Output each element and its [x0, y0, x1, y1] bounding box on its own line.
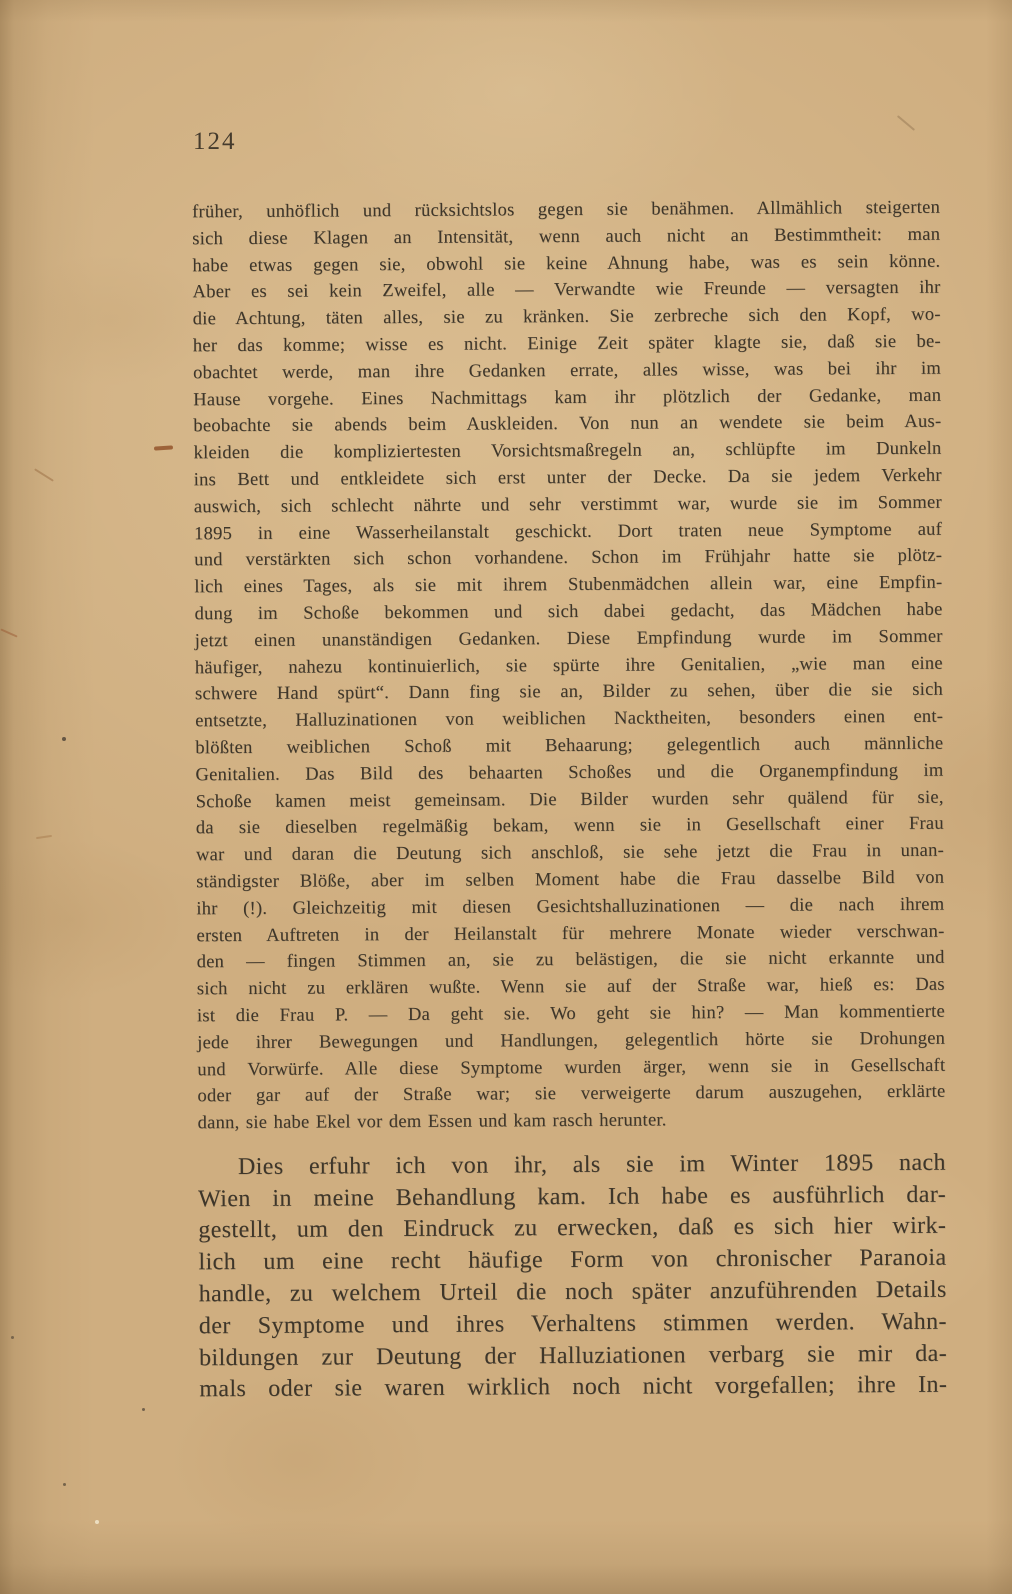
- text-line: Dies erfuhr ich von ihr, als sie im Wint…: [198, 1148, 946, 1184]
- text-line: handle, zu welchem Urteil die noch späte…: [199, 1275, 947, 1311]
- paper-speck: [95, 1520, 99, 1524]
- text-line: ins Bett und entkleidete sich erst unter…: [194, 463, 942, 494]
- text-line: Wien in meine Behandlung kam. Ich habe e…: [198, 1179, 946, 1215]
- text-line: gestellt, um den Eindruck zu erwecken, d…: [198, 1211, 946, 1247]
- paper-speck: [63, 1483, 66, 1486]
- text-line: jede ihrer Bewegungen und Handlungen, ge…: [197, 1025, 945, 1056]
- paper-scratch: [34, 468, 54, 481]
- text-line: jetzt einen unanständigen Gedanken. Dies…: [195, 623, 943, 654]
- paper-scratch: [36, 835, 52, 839]
- text-line: bildungen zur Deutung der Halluziationen…: [199, 1338, 947, 1374]
- text-line: lich um eine recht häufige Form von chro…: [198, 1243, 946, 1279]
- text-line: ihr (!). Gleichzeitig mit diesen Gesicht…: [196, 891, 944, 922]
- paper-speck: [142, 1408, 145, 1411]
- text-line: her das komme; wisse es nicht. Einige Ze…: [193, 329, 941, 360]
- paper-scratch: [0, 628, 17, 637]
- text-line: mals oder sie waren wirklich noch nicht …: [199, 1370, 947, 1406]
- text-line: der Symptome und ihres Verhaltens stimme…: [199, 1307, 947, 1343]
- paper-speck: [62, 737, 66, 741]
- text-line: oder gar auf der Straße war; sie verweig…: [197, 1079, 945, 1110]
- text-line: früher, unhöflich und rücksichtslos gege…: [192, 195, 940, 226]
- text-line: dann, sie habe Ekel vor dem Essen und ka…: [198, 1106, 946, 1137]
- paper-speck: [11, 1336, 14, 1339]
- paper-scratch: [897, 115, 915, 131]
- text-line: blößten weiblichen Schoß mit Behaarung; …: [195, 731, 943, 762]
- paragraph-case-history: früher, unhöflich und rücksichtslos gege…: [192, 195, 946, 1137]
- scanned-book-page: 124 früher, unhöflich und rücksichtslos …: [0, 0, 1012, 1594]
- text-line: ist die Frau P. — Da geht sie. Wo geht s…: [197, 999, 945, 1030]
- margin-pencil-mark: [154, 445, 173, 450]
- page-number: 124: [193, 128, 237, 156]
- text-line: auswich, sich schlecht nährte und sehr v…: [194, 489, 942, 520]
- text-line: ständigster Blöße, aber im selben Moment…: [196, 865, 944, 896]
- paragraph-commentary: Dies erfuhr ich von ihr, als sie im Wint…: [198, 1148, 948, 1407]
- text-line: sich diese Klagen an Intensität, wenn au…: [192, 222, 940, 253]
- text-block: früher, unhöflich und rücksichtslos gege…: [192, 195, 947, 1407]
- text-line: obachtet werde, man ihre Gedanken errate…: [193, 355, 941, 386]
- text-line: Genitalien. Das Bild des behaarten Schoß…: [195, 757, 943, 788]
- text-line: dung im Schoße bekommen und sich dabei g…: [194, 597, 942, 628]
